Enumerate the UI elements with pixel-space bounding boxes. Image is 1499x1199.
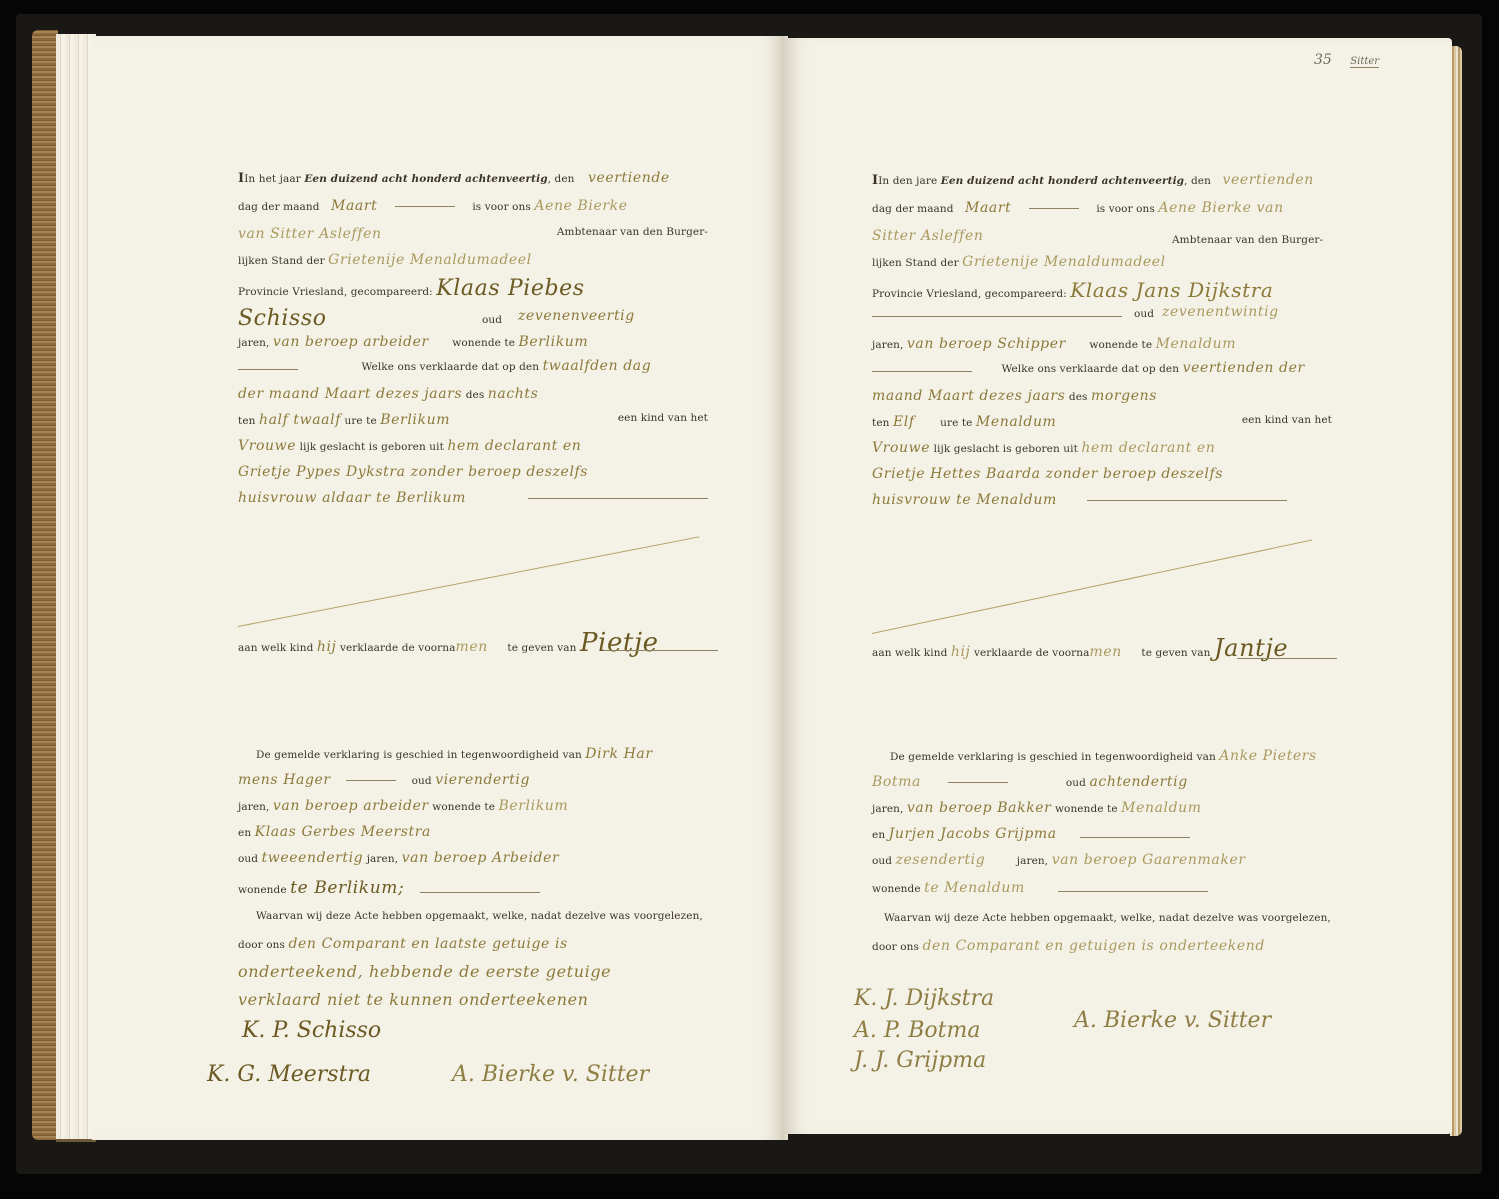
lp-witness2-info: oud tweeendertig jaren, van beroep Arbei… bbox=[238, 850, 559, 866]
lp-line1: IIn het jaar Een duizend acht honderd ac… bbox=[238, 170, 670, 186]
lp-signature-father: K. P. Schisso bbox=[242, 1018, 381, 1043]
lp-line3: van Sitter Asleffen Ambtenaar van den Bu… bbox=[238, 226, 708, 242]
lp-father-name: Klaas Piebes bbox=[436, 276, 584, 301]
lp-witness2-place: wonende te Berlikum; bbox=[238, 878, 540, 898]
rp-line9: maand Maart dezes jaars des morgens bbox=[872, 388, 1157, 404]
left-page: IIn het jaar Een duizend acht honderd ac… bbox=[92, 36, 784, 1140]
folio-number: 35 Sitter bbox=[1314, 52, 1379, 68]
lp-witness2: en Klaas Gerbes Meerstra bbox=[238, 824, 431, 840]
lp-line4: lijken Stand der Grietenije Menaldumadee… bbox=[238, 252, 532, 268]
rp-line8: Welke ons verklaarde dat op den veertien… bbox=[872, 360, 1305, 376]
rp-closing2: door ons den Comparant en getuigen is on… bbox=[872, 938, 1265, 954]
rp-line12: Grietje Hettes Baarda zonder beroep desz… bbox=[872, 466, 1223, 482]
rp-line1: IIn den jare Een duizend acht honderd ac… bbox=[872, 172, 1314, 188]
rp-line11: Vrouwe lijk geslacht is geboren uit hem … bbox=[872, 440, 1215, 456]
rp-signature-father: K. J. Dijkstra bbox=[854, 986, 994, 1011]
rp-father-name: Klaas Jans Dijkstra bbox=[1070, 278, 1273, 302]
lp-line10: ten half twaalf ure te Berlikum een kind… bbox=[238, 412, 708, 428]
right-page: 35 Sitter IIn den jare Een duizend acht … bbox=[784, 38, 1452, 1134]
book-spine-cloth-left bbox=[32, 30, 58, 1140]
lp-closing4: verklaard niet te kunnen onderteekenen bbox=[238, 990, 589, 1009]
lp-signature-official: A. Bierke v. Sitter bbox=[452, 1062, 649, 1087]
lp-line7: jaren, van beroep arbeider wonende te Be… bbox=[238, 334, 588, 350]
lp-line12: Grietje Pypes Dykstra zonder beroep desz… bbox=[238, 464, 588, 480]
rp-line10: ten Elf ure te Menaldum een kind van het bbox=[872, 414, 1332, 430]
rp-line13: huisvrouw te Menaldum bbox=[872, 492, 1057, 508]
rp-signature-witness2: J. J. Grijpma bbox=[854, 1048, 986, 1073]
rp-line3: Sitter Asleffen Ambtenaar van den Burger… bbox=[872, 228, 1332, 244]
rp-line2: dag der maand Maart is voor ons Aene Bie… bbox=[872, 200, 1284, 216]
rp-witness1b: Botma oud achtendertig bbox=[872, 774, 1188, 790]
rp-witness2-place: wonende te Menaldum bbox=[872, 880, 1208, 896]
lp-day-hand: veertiende bbox=[588, 170, 670, 186]
lp-line9: der maand Maart dezes jaars des nachts bbox=[238, 386, 538, 402]
lp-name-line: aan welk kind hij verklaarde de voorname… bbox=[238, 628, 718, 658]
rp-line4: lijken Stand der Grietenije Menaldumadee… bbox=[872, 254, 1166, 270]
rp-witness1-info: jaren, van beroep Bakker wonende te Mena… bbox=[872, 800, 1202, 816]
rp-witness2: en Jurjen Jacobs Grijpma bbox=[872, 826, 1190, 842]
lp-witness1-info: jaren, van beroep arbeider wonende te Be… bbox=[238, 798, 568, 814]
rp-line5: Provincie Vriesland, gecompareerd: Klaas… bbox=[872, 278, 1273, 302]
lp-witness1b: mens Hager oud vierendertig bbox=[238, 772, 530, 788]
lp-witness1: De gemelde verklaring is geschied in teg… bbox=[238, 746, 653, 762]
lp-line5: Provincie Vriesland, gecompareerd: Klaas… bbox=[238, 276, 585, 301]
rp-line7: jaren, van beroep Schipper wonende te Me… bbox=[872, 336, 1236, 352]
rp-witness1: De gemelde verklaring is geschied in teg… bbox=[872, 748, 1317, 764]
lp-closing3: onderteekend, hebbende de eerste getuige bbox=[238, 962, 611, 981]
rp-witness2-info: oud zesendertig jaren, van beroep Gaaren… bbox=[872, 852, 1246, 868]
lp-child-name: Pietje bbox=[580, 628, 659, 658]
lp-line13: huisvrouw aldaar te Berlikum bbox=[238, 490, 466, 506]
lp-cancel-line bbox=[238, 536, 700, 627]
lp-closing2: door ons den Comparant en laatste getuig… bbox=[238, 936, 568, 952]
lp-line6: Schisso oud zevenenveertig bbox=[238, 306, 708, 331]
rp-cancel-line bbox=[872, 539, 1312, 634]
lp-line8: Welke ons verklaarde dat op den twaalfde… bbox=[238, 358, 651, 374]
lp-signature-witness: K. G. Meerstra bbox=[207, 1062, 371, 1087]
rp-signature-official: A. Bierke v. Sitter bbox=[1074, 1008, 1271, 1033]
rp-line6: oud zevenentwintig bbox=[872, 308, 1332, 320]
lp-closing1: Waarvan wij deze Acte hebben opgemaakt, … bbox=[238, 910, 703, 922]
page-stack-left bbox=[56, 34, 96, 1142]
lp-line2: dag der maand Maart is voor ons Aene Bie… bbox=[238, 198, 628, 214]
lp-line11: Vrouwe lijk geslacht is geboren uit hem … bbox=[238, 438, 581, 454]
rp-closing1: Waarvan wij deze Acte hebben opgemaakt, … bbox=[872, 912, 1331, 924]
rp-signature-witness1: A. P. Botma bbox=[854, 1018, 980, 1043]
